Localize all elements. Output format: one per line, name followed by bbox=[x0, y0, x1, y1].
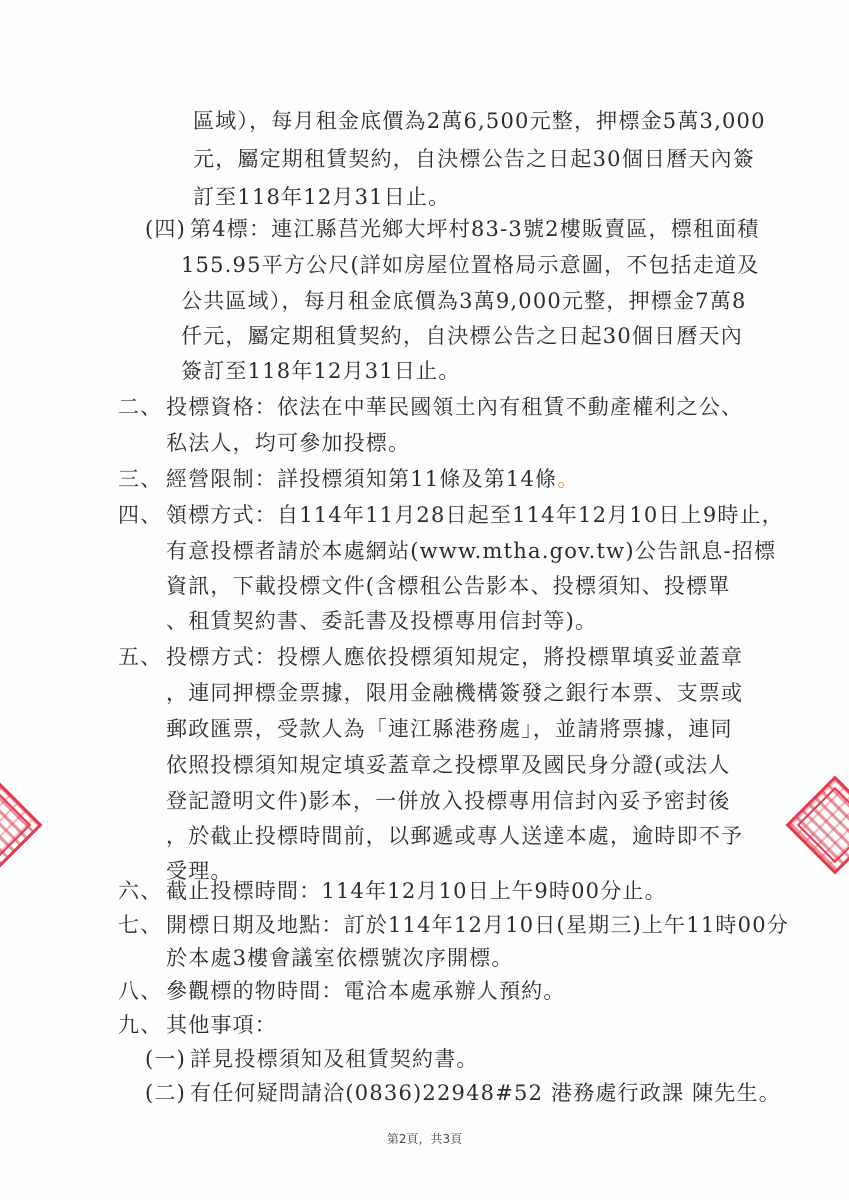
section-2-number: 二、 bbox=[118, 394, 162, 420]
item-4-line-1: 第4標：連江縣莒光鄉大坪村83-3號2樓販賣區，標租面積 bbox=[190, 216, 760, 242]
section-7-number: 七、 bbox=[118, 912, 162, 938]
section-4-line-3: 資訊，下載投標文件(含標租公告影本、投標須知、投標單 bbox=[166, 573, 730, 599]
section-5-line-5: 登記證明文件)影本，一併放入投標專用信封內妥予密封後 bbox=[166, 788, 730, 814]
official-seal-right-icon bbox=[786, 776, 849, 875]
section-5-number: 五、 bbox=[118, 644, 162, 670]
item-4-line-5: 簽訂至118年12月31日止。 bbox=[181, 358, 461, 384]
other-item-2-label: (二) bbox=[145, 1080, 186, 1106]
section-4-line-4: 、租賃契約書、委託書及投標專用信封等)。 bbox=[166, 608, 597, 634]
section-7-line-1: 開標日期及地點：訂於114年12月10日(星期三)上午11時00分 bbox=[166, 912, 789, 938]
section-9-number: 九、 bbox=[118, 1012, 162, 1038]
item-4-line-3: 公共區域），每月租金底價為3萬9,000元整，押標金7萬8 bbox=[181, 288, 747, 314]
other-item-2-text: 有任何疑問請洽(0836)22948#52 港務處行政課 陳先生。 bbox=[190, 1080, 781, 1106]
section-5-line-4: 依照投標須知規定填妥蓋章之投標單及國民身分證(或法人 bbox=[166, 752, 730, 778]
section-3-line-1: 經營限制：詳投標須知第11條及第14條。 bbox=[166, 466, 579, 492]
section-6-line-1: 截止投標時間：114年12月10日上午9時00分止。 bbox=[166, 878, 667, 904]
item-4-line-4: 仟元，屬定期租賃契約，自決標公告之日起30個日曆天內 bbox=[181, 323, 743, 349]
section-5-line-6: ，於截止投標時間前，以郵遞或專人送達本處，逾時即不予 bbox=[166, 823, 743, 849]
section-4-line-1: 領標方式：自114年11月28日起至114年12月10日上9時止， bbox=[166, 502, 784, 528]
section-6-number: 六、 bbox=[118, 878, 162, 904]
page-number-footer: 第2頁，共3頁 bbox=[0, 1130, 849, 1147]
section-5-line-1: 投標方式：投標人應依投標須知規定，將投標單填妥並蓋章 bbox=[166, 644, 743, 670]
section-5-line-2: ，連同押標金票據，限用金融機構簽發之銀行本票、支票或 bbox=[166, 680, 743, 706]
section-8-line-1: 參觀標的物時間：電洽本處承辦人預約。 bbox=[166, 978, 566, 1004]
section-2-line-2: 私法人，均可參加投標。 bbox=[166, 430, 410, 456]
section-5-line-3: 郵政匯票，受款人為「連江縣港務處」，並請將票據，連同 bbox=[166, 716, 733, 742]
item-3-line-1: 區域），每月租金底價為2萬6,500元整，押標金5萬3,000 bbox=[193, 108, 766, 134]
section-3-number: 三、 bbox=[118, 466, 162, 492]
section-3-trailing-mark: 。 bbox=[557, 467, 579, 491]
item-3-line-3: 訂至118年12月31日止。 bbox=[193, 184, 450, 210]
document-page: 區域），每月租金底價為2萬6,500元整，押標金5萬3,000 元，屬定期租賃契… bbox=[0, 0, 849, 1200]
other-item-1-label: (一) bbox=[145, 1046, 186, 1072]
section-4-number: 四、 bbox=[118, 502, 162, 528]
item-3-line-2: 元，屬定期租賃契約，自決標公告之日起30個日曆天內簽 bbox=[193, 146, 755, 172]
section-9-line-1: 其他事項： bbox=[166, 1012, 277, 1038]
item-4-label: (四) bbox=[145, 216, 186, 242]
item-4-line-2: 155.95平方公尺(詳如房屋位置格局示意圖，不包括走道及 bbox=[181, 252, 759, 278]
section-4-line-2: 有意投標者請於本處網站(www.mtha.gov.tw)公告訊息-招標 bbox=[166, 538, 776, 564]
other-item-1-text: 詳見投標須知及租賃契約書。 bbox=[190, 1046, 479, 1072]
section-8-number: 八、 bbox=[118, 978, 162, 1004]
section-2-line-1: 投標資格：依法在中華民國領土內有租賃不動產權利之公、 bbox=[166, 394, 743, 420]
section-7-line-2: 於本處3樓會議室依標號次序開標。 bbox=[166, 945, 514, 971]
official-seal-left-icon bbox=[0, 776, 42, 875]
section-3-text: 經營限制：詳投標須知第11條及第14條 bbox=[166, 467, 557, 491]
